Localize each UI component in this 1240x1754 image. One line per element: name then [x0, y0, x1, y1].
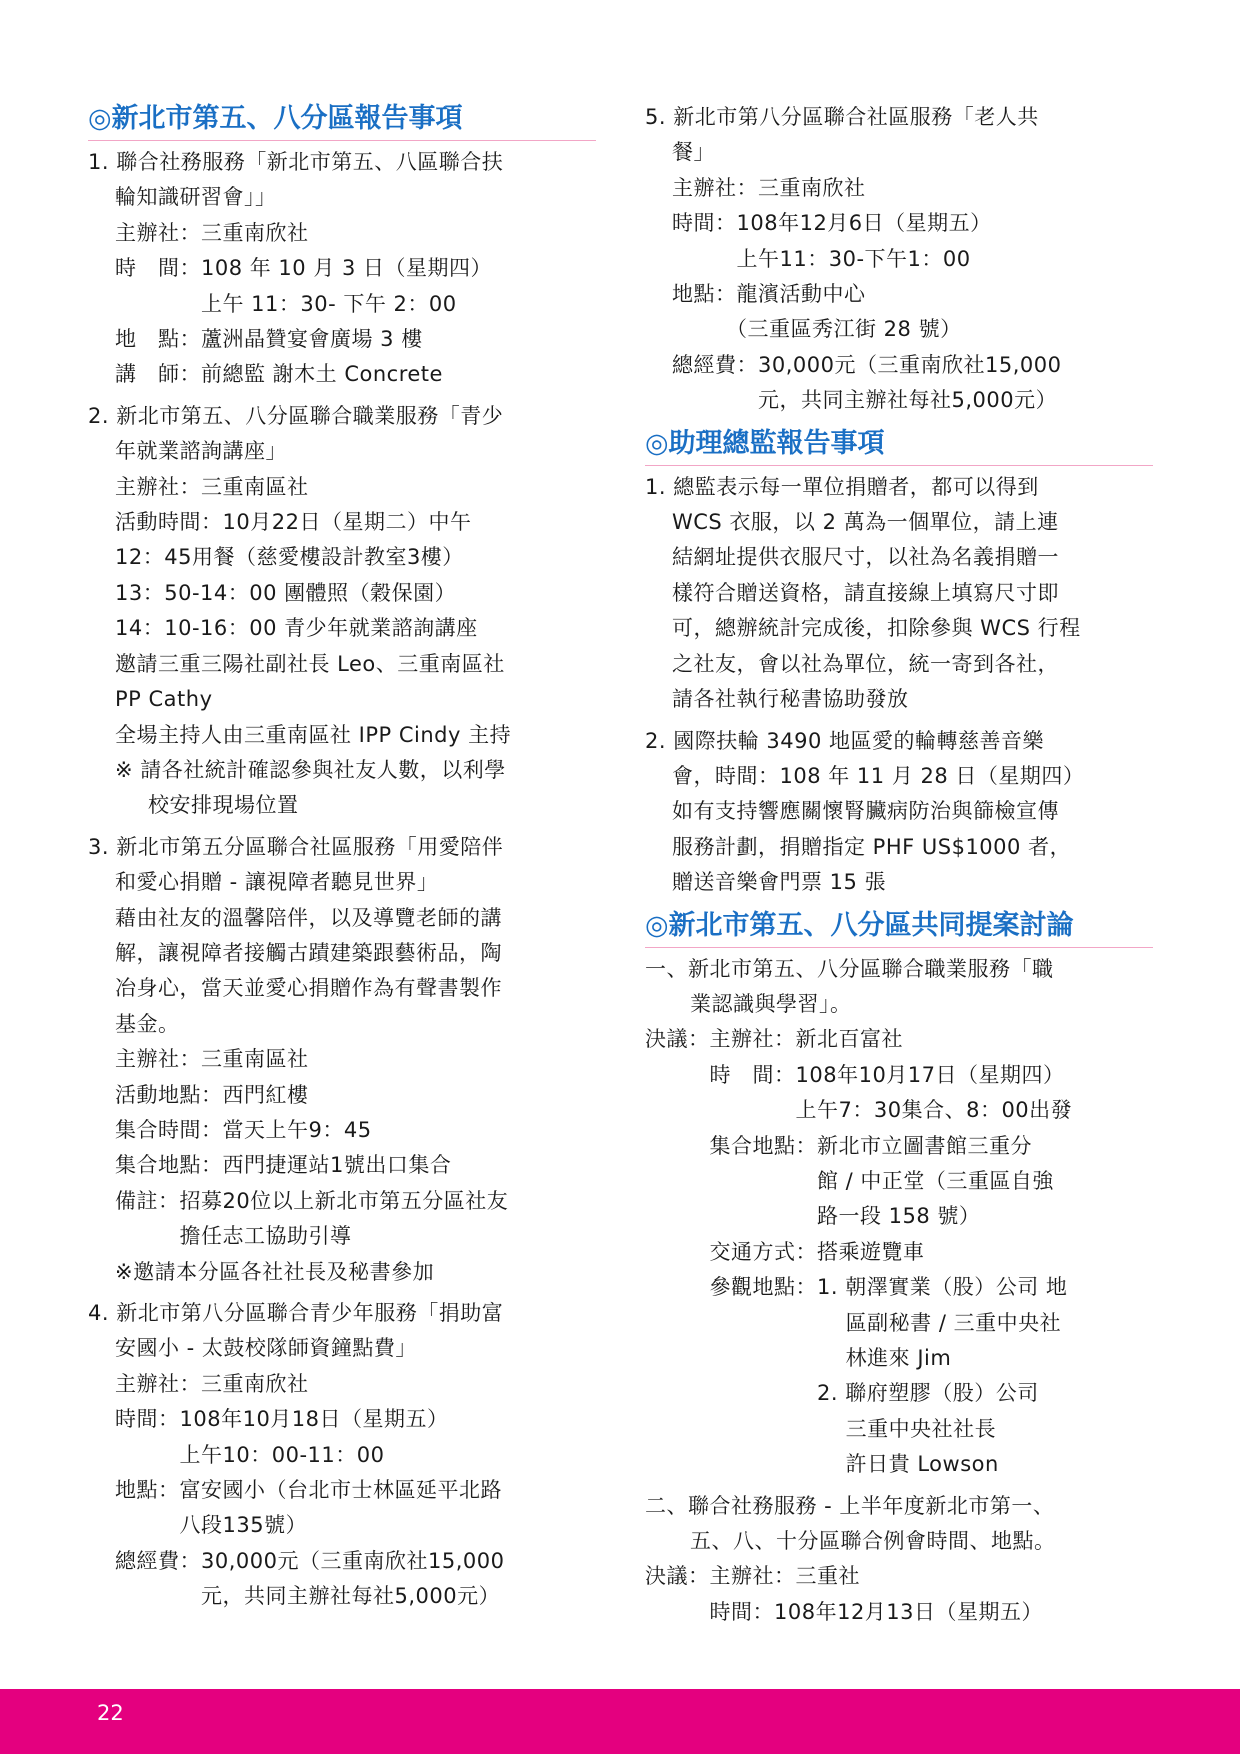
text-line: 時間：108年12月6日（星期五）	[645, 206, 1153, 241]
text-line: 決議：主辦社：三重社	[645, 1559, 1153, 1594]
text-line: 主辦社：三重南區社	[88, 1042, 596, 1077]
text-line: 和愛心捐贈 - 讓視障者聽見世界」	[88, 865, 596, 900]
text-line: 活動地點：西門紅樓	[88, 1078, 596, 1113]
section-heading-joint-proposals: ◎新北市第五、八分區共同提案討論	[645, 907, 1153, 948]
text-line: 元，共同主辦社每社5,000元）	[645, 383, 1153, 418]
text-line: ※邀請本分區各社社長及秘書參加	[88, 1255, 596, 1290]
section-heading-ag-report: ◎助理總監報告事項	[645, 425, 1153, 466]
text-line: 決議：主辦社：新北百富社	[645, 1022, 1153, 1057]
text-line: 時 間：108年10月17日（星期四）	[645, 1058, 1153, 1093]
report-item-3: 3. 新北市第五分區聯合社區服務「用愛陪伴和愛心捐贈 - 讓視障者聽見世界」藉由…	[88, 830, 596, 1290]
text-line: 藉由社友的溫馨陪伴，以及導覽老師的講	[88, 901, 596, 936]
left-column: ◎新北市第五、八分區報告事項 1. 聯合社務服務「新北市第五、八區聯合扶輪知識研…	[88, 100, 596, 1621]
text-line: 三重中央社社長	[645, 1412, 1153, 1447]
text-line: 會，時間：108 年 11 月 28 日（星期四）	[645, 759, 1153, 794]
text-line: 時間：108年12月13日（星期五）	[645, 1595, 1153, 1630]
text-line: 講 師：前總監 謝木土 Concrete	[88, 357, 596, 392]
text-line: 上午 11：30- 下午 2：00	[88, 287, 596, 322]
text-line: 業認識與學習」。	[645, 987, 1153, 1022]
text-line: 八段135號）	[88, 1508, 596, 1543]
text-line: 擔任志工協助引導	[88, 1219, 596, 1254]
text-line: 二、聯合社務服務 - 上半年度新北市第一、	[645, 1489, 1153, 1524]
text-line: 2. 新北市第五、八分區聯合職業服務「青少	[88, 399, 596, 434]
section-heading-district-report: ◎新北市第五、八分區報告事項	[88, 100, 596, 141]
ag-item-1: 1. 總監表示每一單位捐贈者，都可以得到WCS 衣服，以 2 萬為一個單位，請上…	[645, 470, 1153, 718]
text-line: 上午11：30-下午1：00	[645, 242, 1153, 277]
text-line: 全場主持人由三重南區社 IPP Cindy 主持	[88, 718, 596, 753]
text-line: 上午10：00-11：00	[88, 1438, 596, 1473]
text-line: 輪知識研習會」」	[88, 180, 596, 215]
text-line: 集合地點：西門捷運站1號出口集合	[88, 1148, 596, 1183]
text-line: 13：50-14：00 團體照（穀保園）	[88, 576, 596, 611]
report-item-5: 5. 新北市第八分區聯合社區服務「老人共餐」主辦社：三重南欣社時間：108年12…	[645, 100, 1153, 419]
text-line: 1. 聯合社務服務「新北市第五、八區聯合扶	[88, 145, 596, 180]
text-line: 3. 新北市第五分區聯合社區服務「用愛陪伴	[88, 830, 596, 865]
text-line: 地點：富安國小（台北市士林區延平北路	[88, 1473, 596, 1508]
text-line: 結網址提供衣服尺寸，以社為名義捐贈一	[645, 540, 1153, 575]
page-number: 22	[97, 1701, 124, 1725]
text-line: 服務計劃，捐贈指定 PHF US$1000 者，	[645, 830, 1153, 865]
text-line: （三重區秀江街 28 號）	[645, 312, 1153, 347]
text-line: 餐」	[645, 135, 1153, 170]
text-line: 校安排現場位置	[88, 788, 596, 823]
text-line: 上午7：30集合、8：00出發	[645, 1093, 1153, 1128]
ag-item-2: 2. 國際扶輪 3490 地區愛的輪轉慈善音樂會，時間：108 年 11 月 2…	[645, 724, 1153, 901]
text-line: 時間：108年10月18日（星期五）	[88, 1402, 596, 1437]
text-line: 元，共同主辦社每社5,000元）	[88, 1579, 596, 1614]
text-line: 總經費：30,000元（三重南欣社15,000	[88, 1544, 596, 1579]
report-item-1: 1. 聯合社務服務「新北市第五、八區聯合扶輪知識研習會」」主辦社：三重南欣社時 …	[88, 145, 596, 393]
text-line: 館 / 中正堂（三重區自強	[645, 1164, 1153, 1199]
proposal-item-2: 二、聯合社務服務 - 上半年度新北市第一、五、八、十分區聯合例會時間、地點。決議…	[645, 1489, 1153, 1631]
text-line: 年就業諮詢講座」	[88, 434, 596, 469]
text-line: 集合地點：新北市立圖書館三重分	[645, 1129, 1153, 1164]
text-line: 總經費：30,000元（三重南欣社15,000	[645, 348, 1153, 383]
right-column: 5. 新北市第八分區聯合社區服務「老人共餐」主辦社：三重南欣社時間：108年12…	[645, 100, 1153, 1636]
text-line: 12：45用餐（慈愛樓設計教室3樓）	[88, 540, 596, 575]
text-line: 基金。	[88, 1007, 596, 1042]
text-line: 2. 國際扶輪 3490 地區愛的輪轉慈善音樂	[645, 724, 1153, 759]
text-line: 主辦社：三重南欣社	[88, 1367, 596, 1402]
text-line: 解，讓視障者接觸古蹟建築跟藝術品，陶	[88, 936, 596, 971]
text-line: 許日貴 Lowson	[645, 1447, 1153, 1482]
text-line: 一、新北市第五、八分區聯合職業服務「職	[645, 952, 1153, 987]
text-line: 贈送音樂會門票 15 張	[645, 865, 1153, 900]
text-line: 之社友，會以社為單位，統一寄到各社，	[645, 647, 1153, 682]
text-line: 交通方式：搭乘遊覽車	[645, 1235, 1153, 1270]
text-line: 2. 聯府塑膠（股）公司	[645, 1376, 1153, 1411]
report-item-4: 4. 新北市第八分區聯合青少年服務「捐助富安國小 - 太鼓校隊師資鐘點費」主辦社…	[88, 1296, 596, 1615]
text-line: 路一段 158 號）	[645, 1199, 1153, 1234]
text-line: 主辦社：三重南欣社	[645, 171, 1153, 206]
text-line: 如有支持響應關懷腎臟病防治與篩檢宣傳	[645, 794, 1153, 829]
text-line: 時 間：108 年 10 月 3 日（星期四）	[88, 251, 596, 286]
text-line: 地 點：蘆洲晶贊宴會廣場 3 樓	[88, 322, 596, 357]
text-line: 活動時間：10月22日（星期二）中午	[88, 505, 596, 540]
text-line: 冶身心，當天並愛心捐贈作為有聲書製作	[88, 971, 596, 1006]
text-line: ※ 請各社統計確認參與社友人數，以利學	[88, 753, 596, 788]
text-line: 地點：龍濱活動中心	[645, 277, 1153, 312]
text-line: 4. 新北市第八分區聯合青少年服務「捐助富	[88, 1296, 596, 1331]
left-items: 1. 聯合社務服務「新北市第五、八區聯合扶輪知識研習會」」主辦社：三重南欣社時 …	[88, 145, 596, 1615]
proposal-items: 一、新北市第五、八分區聯合職業服務「職業認識與學習」。決議：主辦社：新北百富社 …	[645, 952, 1153, 1631]
text-line: 安國小 - 太鼓校隊師資鐘點費」	[88, 1331, 596, 1366]
text-line: 區副秘書 / 三重中央社	[645, 1306, 1153, 1341]
proposal-item-1: 一、新北市第五、八分區聯合職業服務「職業認識與學習」。決議：主辦社：新北百富社 …	[645, 952, 1153, 1483]
text-line: PP Cathy	[88, 682, 596, 717]
report-item-2: 2. 新北市第五、八分區聯合職業服務「青少年就業諮詢講座」主辦社：三重南區社活動…	[88, 399, 596, 824]
text-line: WCS 衣服，以 2 萬為一個單位，請上連	[645, 505, 1153, 540]
text-line: 邀請三重三陽社副社長 Leo、三重南區社	[88, 647, 596, 682]
text-line: 備註：招募20位以上新北市第五分區社友	[88, 1184, 596, 1219]
text-line: 主辦社：三重南欣社	[88, 216, 596, 251]
text-line: 樣符合贈送資格，請直接線上填寫尺寸即	[645, 576, 1153, 611]
text-line: 五、八、十分區聯合例會時間、地點。	[645, 1524, 1153, 1559]
text-line: 1. 總監表示每一單位捐贈者，都可以得到	[645, 470, 1153, 505]
text-line: 5. 新北市第八分區聯合社區服務「老人共	[645, 100, 1153, 135]
text-line: 參觀地點：1. 朝澤實業（股）公司 地	[645, 1270, 1153, 1305]
text-line: 請各社執行秘書協助發放	[645, 682, 1153, 717]
ag-items: 1. 總監表示每一單位捐贈者，都可以得到WCS 衣服，以 2 萬為一個單位，請上…	[645, 470, 1153, 901]
text-line: 可，總辦統計完成後，扣除參與 WCS 行程	[645, 611, 1153, 646]
footer-bar: 22	[0, 1689, 1240, 1754]
text-line: 主辦社：三重南區社	[88, 470, 596, 505]
text-line: 林進來 Jim	[645, 1341, 1153, 1376]
text-line: 集合時間：當天上午9：45	[88, 1113, 596, 1148]
text-line: 14：10-16：00 青少年就業諮詢講座	[88, 611, 596, 646]
